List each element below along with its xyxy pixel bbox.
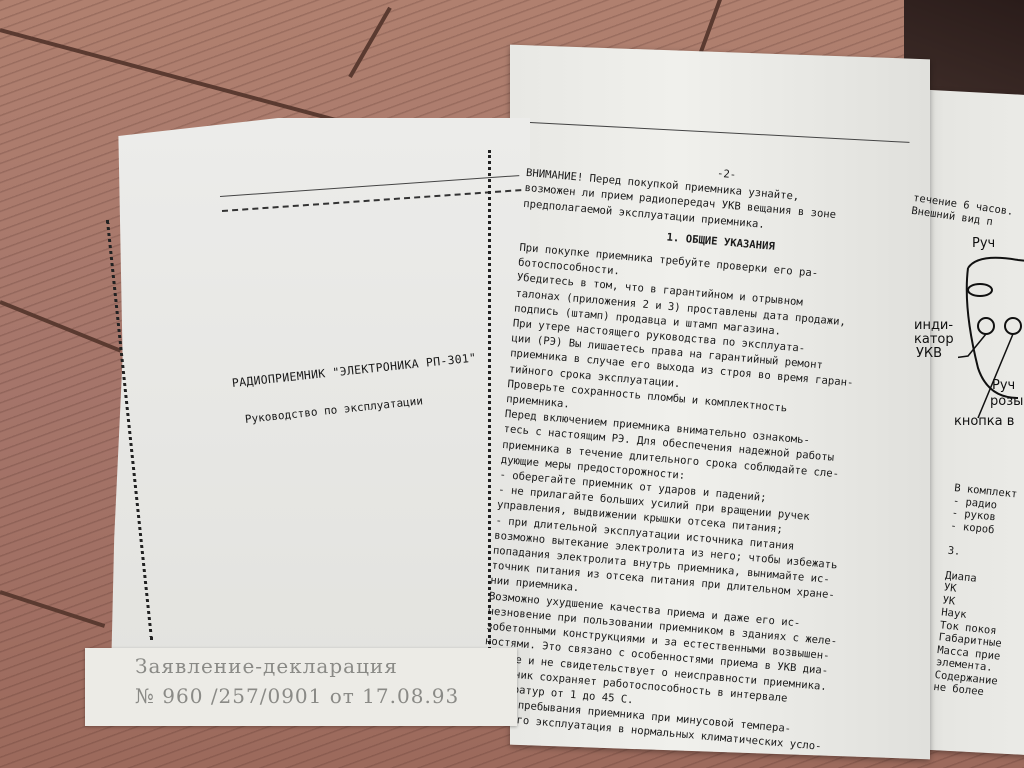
stamp-line-2: № 960 /257/0901 от 17.08.93: [135, 684, 459, 708]
page2-body: При покупке приемника требуйте проверки …: [478, 241, 919, 761]
diagram-label: Руч: [972, 236, 995, 251]
declaration-stamp: Заявление-декларация № 960 /257/0901 от …: [85, 648, 517, 726]
diagram-label: УКВ: [916, 346, 942, 361]
diagram-label: кнопка в: [954, 414, 1014, 429]
diagram-label: розы: [990, 394, 1023, 409]
diagram-label: катор: [914, 332, 954, 347]
stamp-line-1: Заявление-декларация: [135, 654, 398, 678]
diagram-label: Руч: [992, 378, 1015, 393]
plank-seam: [0, 590, 105, 628]
page2-text-block: -2- ВНИМАНИЕ! Перед покупкой приемника у…: [478, 150, 927, 760]
diagram-label: инди-: [914, 318, 953, 333]
plank-seam: [348, 7, 391, 78]
plank-seam: [0, 300, 121, 352]
